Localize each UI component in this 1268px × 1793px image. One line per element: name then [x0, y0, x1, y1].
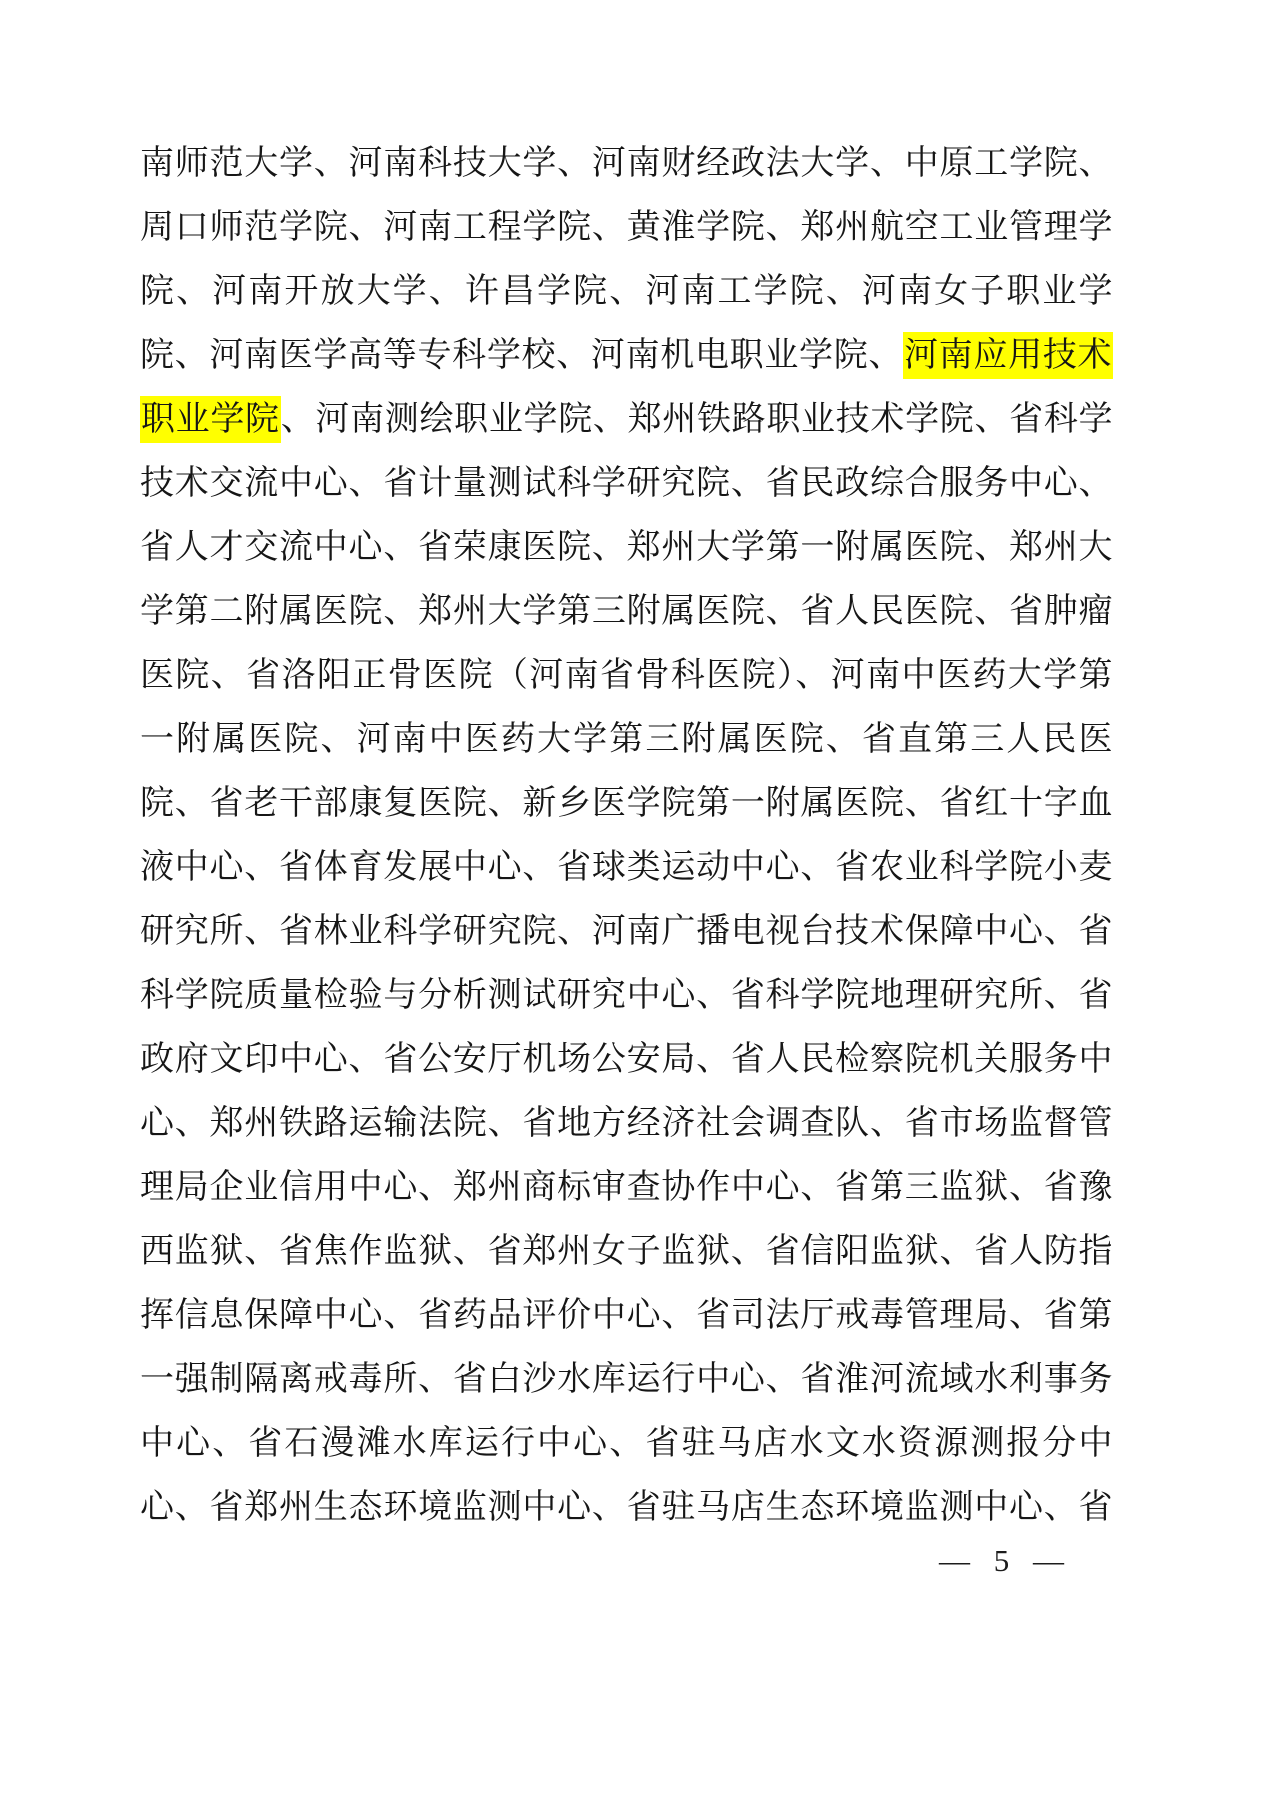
text-line: 院、河南开放大学、许昌学院、河南工学院、河南女子职业学	[140, 260, 1113, 324]
page-number: — 5 —	[939, 1543, 1072, 1579]
text-line: 院、省老干部康复医院、新乡医学院第一附属医院、省红十字血	[140, 772, 1113, 836]
text-line: 科学院质量检验与分析测试研究中心、省科学院地理研究所、省	[140, 964, 1113, 1028]
text-line: 院、河南医学高等专科学校、河南机电职业学院、河南应用技术	[140, 324, 1113, 388]
text-line: 学第二附属医院、郑州大学第三附属医院、省人民医院、省肿瘤	[140, 580, 1113, 644]
text-line: 理局企业信用中心、郑州商标审查协作中心、省第三监狱、省豫	[140, 1156, 1113, 1220]
text-line: 医院、省洛阳正骨医院（河南省骨科医院）、河南中医药大学第	[140, 644, 1113, 708]
text-line: 挥信息保障中心、省药品评价中心、省司法厅戒毒管理局、省第	[140, 1284, 1113, 1348]
highlighted-text: 河南应用技术	[903, 332, 1113, 379]
text-line: 技术交流中心、省计量测试科学研究院、省民政综合服务中心、	[140, 452, 1113, 516]
text-line: 西监狱、省焦作监狱、省郑州女子监狱、省信阳监狱、省人防指	[140, 1220, 1113, 1284]
text-line: 一附属医院、河南中医药大学第三附属医院、省直第三人民医	[140, 708, 1113, 772]
text-line: 中心、省石漫滩水库运行中心、省驻马店水文水资源测报分中	[140, 1412, 1113, 1476]
text-line: 心、郑州铁路运输法院、省地方经济社会调查队、省市场监督管	[140, 1092, 1113, 1156]
text-line: 液中心、省体育发展中心、省球类运动中心、省农业科学院小麦	[140, 836, 1113, 900]
text-body: 南师范大学、河南科技大学、河南财经政法大学、中原工学院、周口师范学院、河南工程学…	[140, 132, 1113, 1540]
text-line: 心、省郑州生态环境监测中心、省驻马店生态环境监测中心、省	[140, 1476, 1113, 1540]
document-page: 南师范大学、河南科技大学、河南财经政法大学、中原工学院、周口师范学院、河南工程学…	[0, 0, 1268, 1793]
highlighted-text: 职业学院	[140, 396, 281, 443]
text-line: 职业学院、河南测绘职业学院、郑州铁路职业技术学院、省科学	[140, 388, 1113, 452]
text-line: 周口师范学院、河南工程学院、黄淮学院、郑州航空工业管理学	[140, 196, 1113, 260]
text-line: 政府文印中心、省公安厅机场公安局、省人民检察院机关服务中	[140, 1028, 1113, 1092]
text-line: 省人才交流中心、省荣康医院、郑州大学第一附属医院、郑州大	[140, 516, 1113, 580]
text-line: 研究所、省林业科学研究院、河南广播电视台技术保障中心、省	[140, 900, 1113, 964]
text-line: 一强制隔离戒毒所、省白沙水库运行中心、省淮河流域水利事务	[140, 1348, 1113, 1412]
text-line: 南师范大学、河南科技大学、河南财经政法大学、中原工学院、	[140, 132, 1113, 196]
